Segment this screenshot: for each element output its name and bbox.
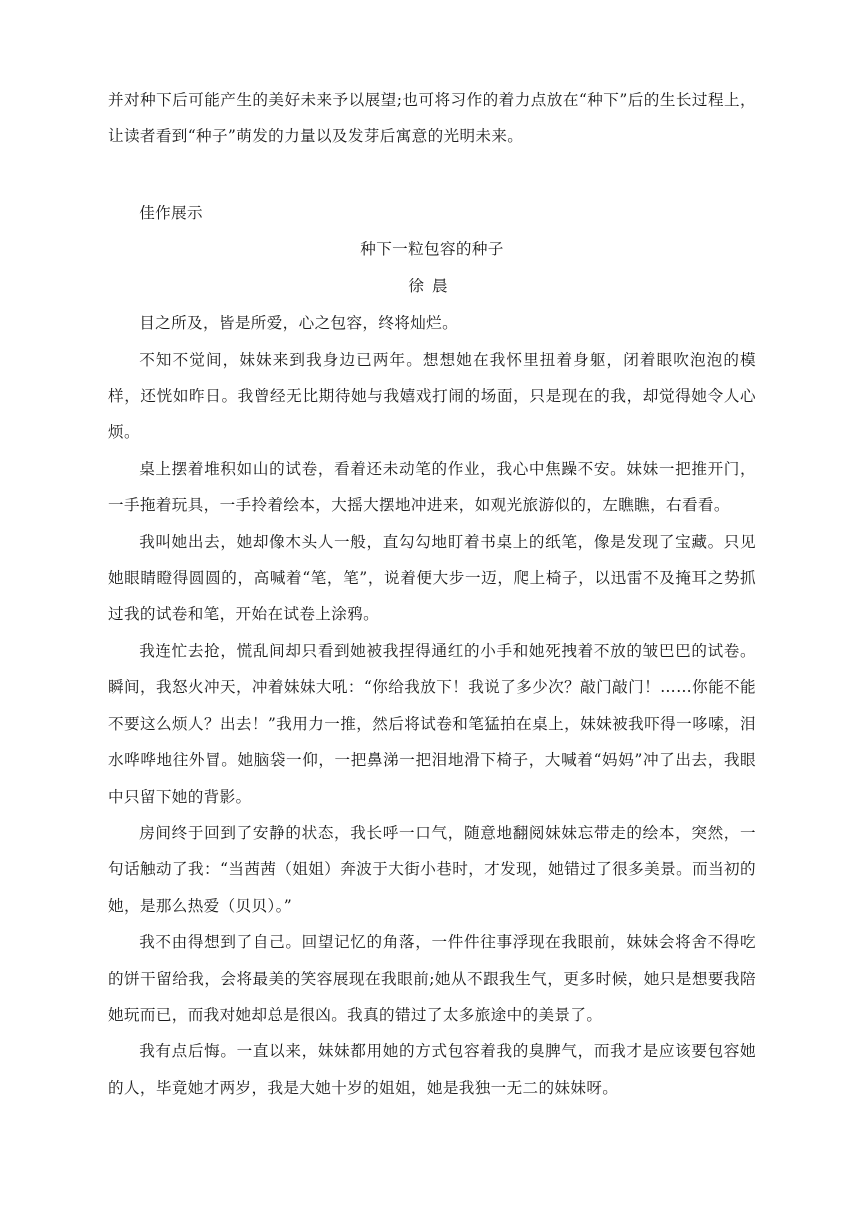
essay-paragraph: 我不由得想到了自己。回望记忆的角落，一件件往事浮现在我眼前，妹妹会将舍不得吃的饼… — [108, 924, 756, 1033]
essay-paragraph: 房间终于回到了安静的状态，我长呼一口气，随意地翻阅妹妹忘带走的绘本，突然，一句话… — [108, 815, 756, 924]
document-page: 并对种下后可能产生的美好未来予以展望;也可将习作的着力点放在“种下”后的生长过程… — [108, 82, 756, 1106]
essay-paragraph: 我叫她出去，她却像木头人一般，直勾勾地盯着书桌上的纸笔，像是发现了宝藏。只见她眼… — [108, 524, 756, 633]
intro-paragraph: 并对种下后可能产生的美好未来予以展望;也可将习作的着力点放在“种下”后的生长过程… — [108, 82, 756, 155]
essay-paragraph: 我有点后悔。一直以来，妹妹都用她的方式包容着我的臭脾气，而我才是应该要包容她的人… — [108, 1033, 756, 1106]
section-label: 佳作展示 — [108, 195, 756, 231]
essay-paragraph: 目之所及，皆是所爱，心之包容，终将灿烂。 — [108, 305, 756, 341]
essay-paragraph: 我连忙去抢，慌乱间却只看到她被我捏得通红的小手和她死拽着不放的皱巴巴的试卷。瞬间… — [108, 633, 756, 815]
essay-author: 徐晨 — [108, 268, 756, 305]
essay-paragraph: 桌上摆着堆积如山的试卷，看着还未动笔的作业，我心中焦躁不安。妹妹一把推开门，一手… — [108, 451, 756, 524]
essay-paragraph: 不知不觉间，妹妹来到我身边已两年。想想她在我怀里扭着身躯，闭着眼吹泡泡的模样，还… — [108, 342, 756, 451]
essay-title: 种下一粒包容的种子 — [108, 231, 756, 268]
spacer — [108, 155, 756, 195]
